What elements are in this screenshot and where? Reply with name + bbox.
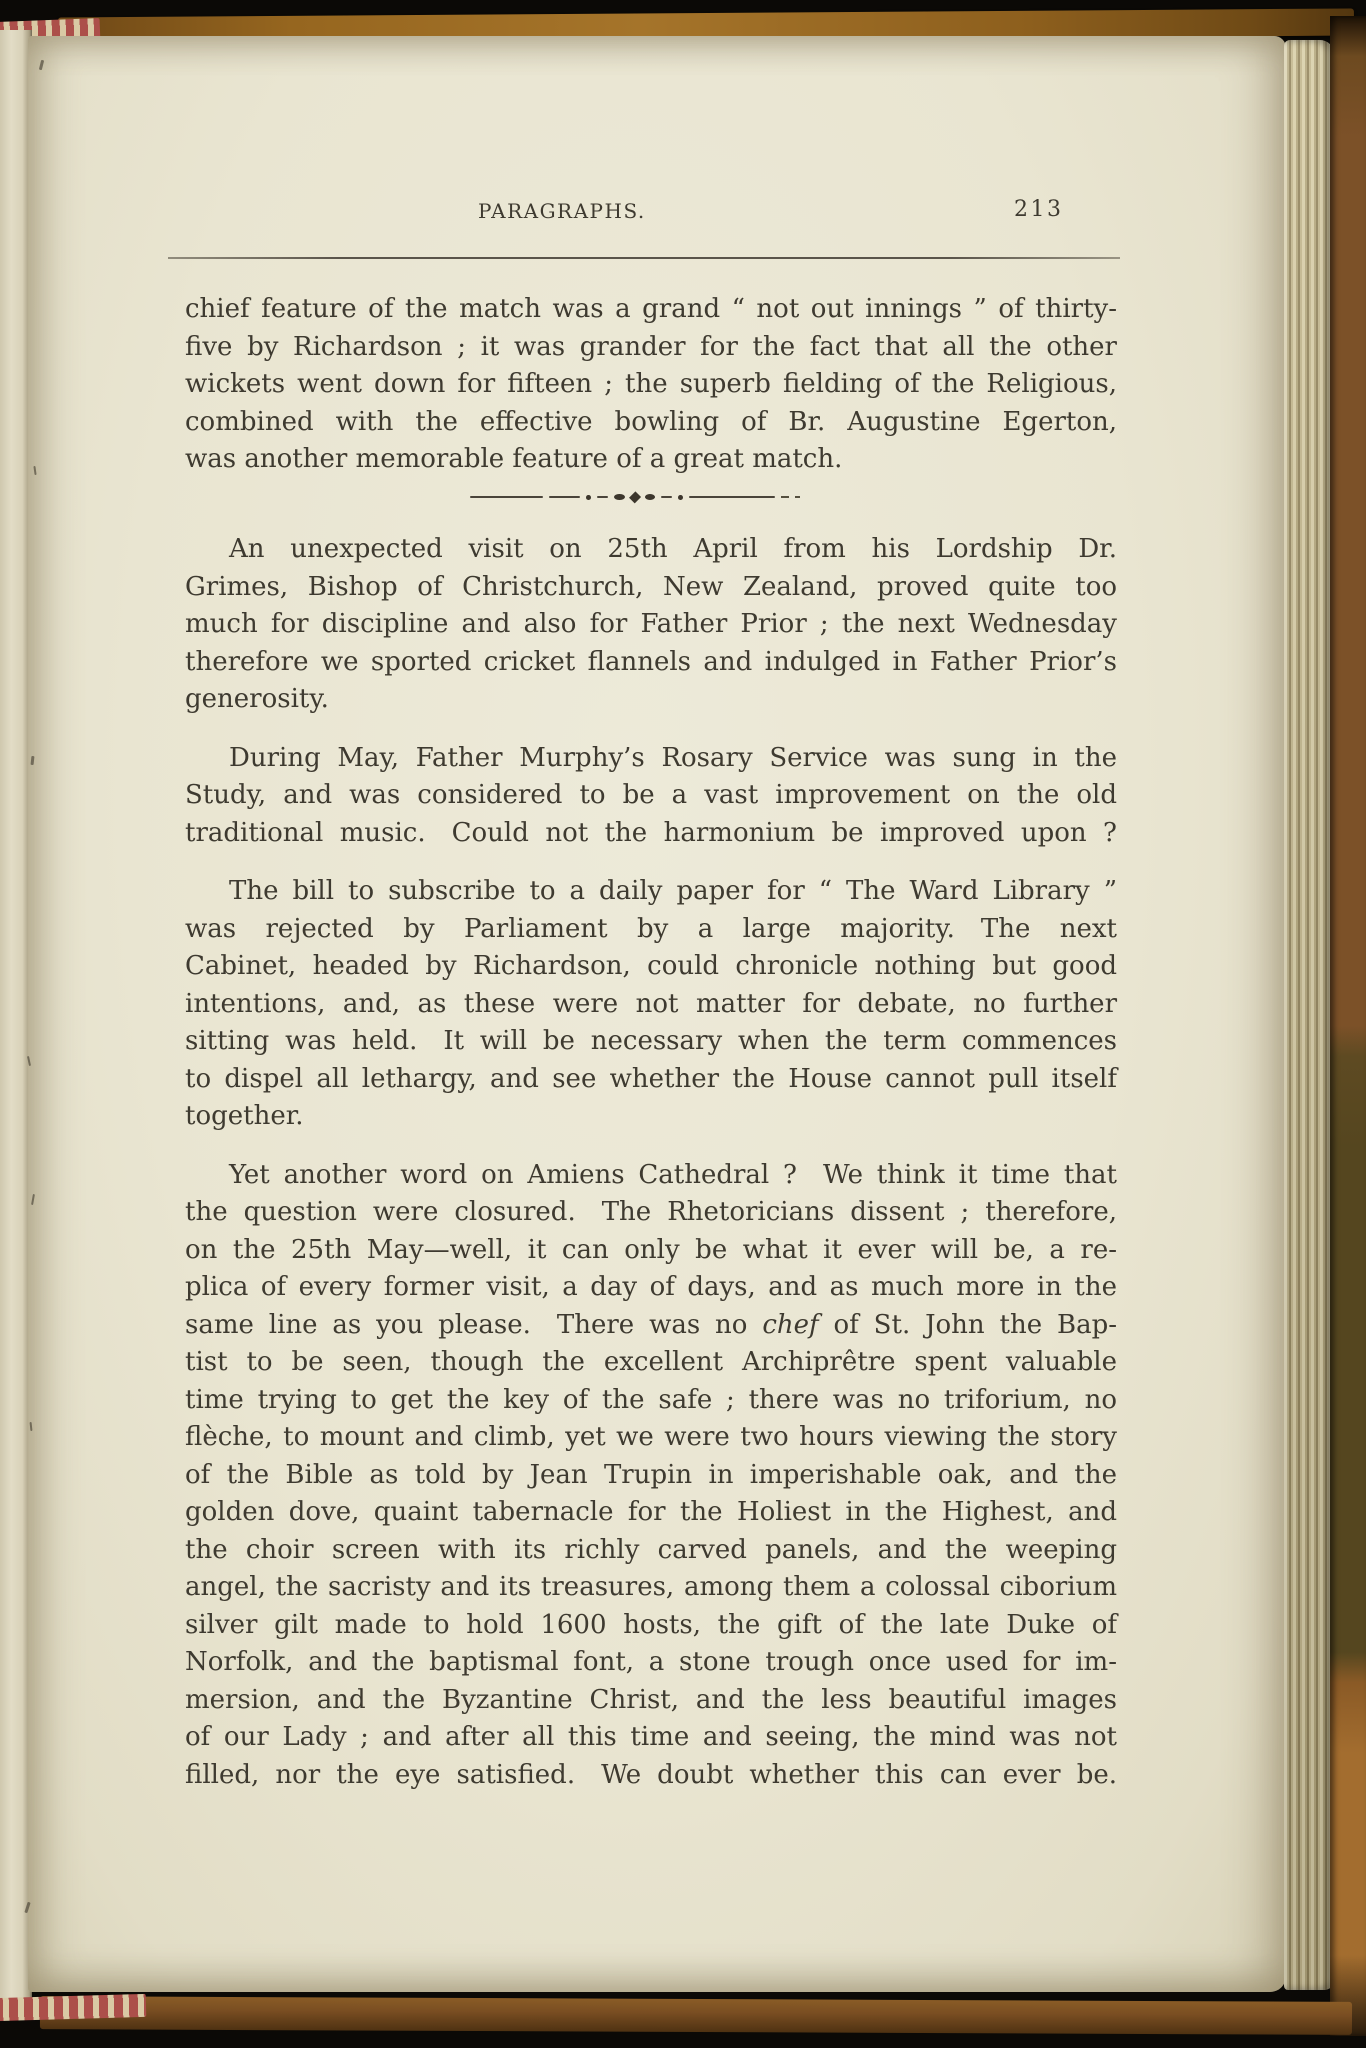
text-line: intentions, and, as these were not matte… (185, 986, 1117, 1024)
text-line: Yet another word on Amiens Cathedral ? W… (185, 1157, 1117, 1195)
text-line: chief feature of the match was a grand “… (185, 291, 1117, 329)
text-line: mersion, and the Byzantine Christ, and t… (185, 1682, 1117, 1720)
divider-dash (549, 496, 581, 498)
divider-dash (781, 496, 789, 498)
divider-dot (586, 495, 591, 500)
book-cover-edge (1330, 16, 1366, 2036)
text-line: the question were closured. The Rhetoric… (185, 1194, 1117, 1232)
text-line: was another memorable feature of a great… (185, 441, 1117, 479)
divider-diamond (629, 491, 641, 503)
text-line: plica of every former visit, a day of da… (185, 1269, 1117, 1307)
text-line: on the 25th May—well, it can only be wha… (185, 1232, 1117, 1270)
text-line: traditional music. Could not the harmoni… (185, 815, 1117, 853)
divider-leaf-ornament (645, 494, 655, 500)
text-line: Norfolk, and the baptismal font, a stone… (185, 1644, 1117, 1682)
text-line: tist to be seen, though the excellent Ar… (185, 1344, 1117, 1382)
paragraph: The bill to subscribe to a daily paper f… (185, 873, 1117, 1136)
header-rule (168, 257, 1120, 259)
text-block-main: An unexpected visit on 25th April from h… (185, 531, 1117, 1815)
text-line: five by Richardson ; it was grander for … (185, 329, 1117, 367)
section-divider-ornament (470, 490, 800, 504)
text-line: therefore we sported cricket flannels an… (185, 644, 1117, 682)
text-line: golden dove, quaint tabernacle for the H… (185, 1494, 1117, 1532)
text-line: combined with the effective bowling of B… (185, 404, 1117, 442)
text-block-opening: chief feature of the match was a grand “… (185, 291, 1117, 500)
divider-dash (470, 496, 543, 498)
text-line: together. (185, 1098, 1117, 1136)
page-stack-fore-edge (1284, 40, 1334, 1990)
divider-dash (661, 496, 672, 498)
text-line: the choir screen with its richly carved … (185, 1532, 1117, 1570)
paragraph: An unexpected visit on 25th April from h… (185, 531, 1117, 719)
divider-leaf-ornament (614, 494, 624, 500)
text-line: During May, Father Murphy’s Rosary Servi… (185, 740, 1117, 778)
text-line: filled, nor the eye satisfied. We doubt … (185, 1757, 1117, 1795)
text-line: flèche, to mount and climb, yet we were … (185, 1419, 1117, 1457)
text-line: to dispel all lethargy, and see whether … (185, 1061, 1117, 1099)
text-line: angel, the sacristy and its treasures, a… (185, 1569, 1117, 1607)
tailband (0, 1994, 146, 2021)
paragraph: chief feature of the match was a grand “… (185, 291, 1117, 479)
paragraph: During May, Father Murphy’s Rosary Servi… (185, 740, 1117, 853)
text-line: of our Lady ; and after all this time an… (185, 1719, 1117, 1757)
text-line: much for discipline and also for Father … (185, 606, 1117, 644)
text-line: The bill to subscribe to a daily paper f… (185, 873, 1117, 911)
paragraph: Yet another word on Amiens Cathedral ? W… (185, 1157, 1117, 1795)
text-line: wickets went down for fifteen ; the supe… (185, 366, 1117, 404)
text-line: Cabinet, headed by Richardson, could chr… (185, 948, 1117, 986)
text-line: generosity. (185, 681, 1117, 719)
divider-dash (597, 496, 608, 498)
running-head: PARAGRAPHS. (478, 199, 646, 223)
text-line: same line as you please. There was no ch… (185, 1307, 1117, 1345)
text-line: silver gilt made to hold 1600 hosts, the… (185, 1607, 1117, 1645)
text-line: sitting was held. It will be necessary w… (185, 1023, 1117, 1061)
text-line: Study, and was considered to be a vast i… (185, 777, 1117, 815)
text-line: was rejected by Parliament by a large ma… (185, 911, 1117, 949)
divider-dash (689, 496, 775, 498)
book-bottom-edge (40, 1996, 1352, 2035)
book-photo: PARAGRAPHS. 213 chief feature of the mat… (0, 0, 1366, 2048)
text-line: Grimes, Bishop of Christchurch, New Zeal… (185, 569, 1117, 607)
text-line: of the Bible as told by Jean Trupin in i… (185, 1457, 1117, 1495)
divider-dot (678, 495, 683, 500)
text-line: An unexpected visit on 25th April from h… (185, 531, 1117, 569)
text-line: time trying to get the key of the safe ;… (185, 1382, 1117, 1420)
page-number: 213 (1014, 197, 1064, 222)
divider-dash (795, 496, 800, 498)
